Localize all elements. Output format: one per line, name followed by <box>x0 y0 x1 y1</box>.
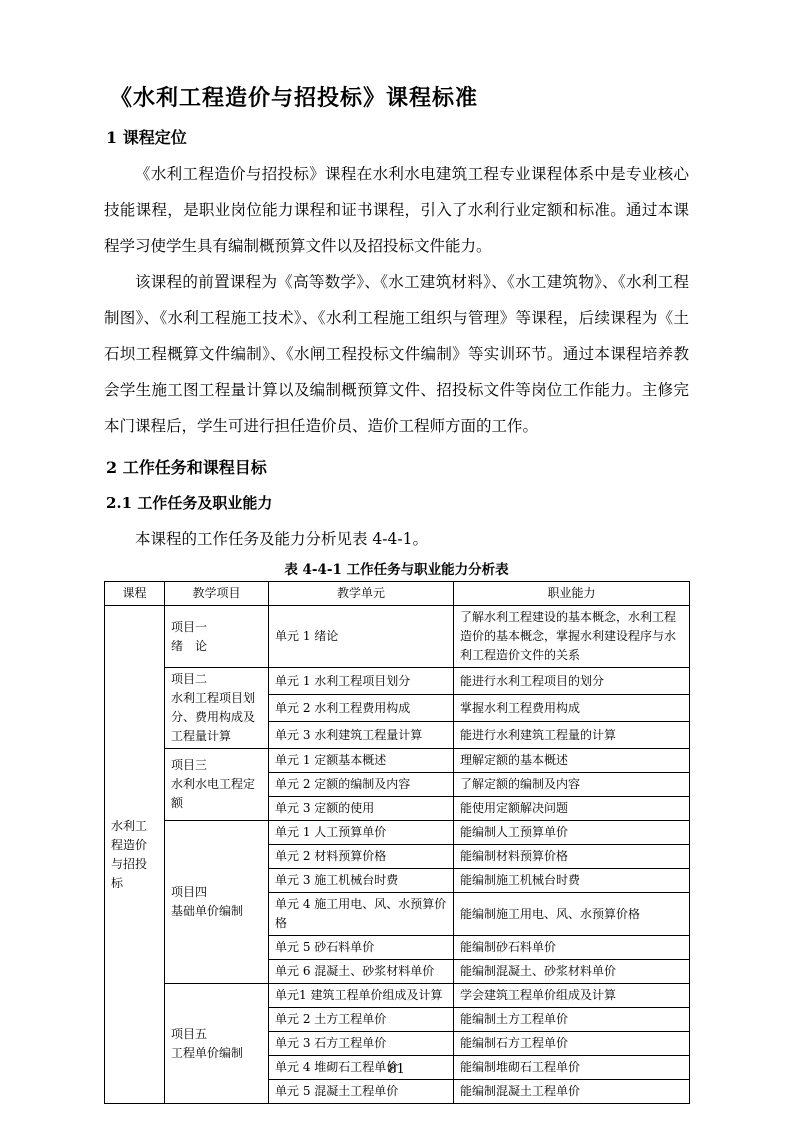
unit-cell: 单元 2 定额的编制及内容 <box>269 773 454 797</box>
ability-cell: 掌握水利工程费用构成 <box>454 695 690 722</box>
ability-cell: 能编制材料预算价格 <box>454 845 690 869</box>
table-row: 项目四基础单价编制单元 1 人工预算单价能编制人工预算单价 <box>105 821 690 845</box>
unit-cell: 单元 2 材料预算价格 <box>269 845 454 869</box>
table-row: 项目三水利水电工程定额单元 1 定额基本概述理解定额的基本概述 <box>105 749 690 773</box>
project-desc: 绪 论 <box>171 637 262 656</box>
unit-cell: 单元 1 人工预算单价 <box>269 821 454 845</box>
ability-cell: 理解定额的基本概述 <box>454 749 690 773</box>
project-cell: 项目四基础单价编制 <box>165 821 269 984</box>
table-row: 项目二水利工程项目划分、费用构成及工程量计算单元 1 水利工程项目划分能进行水利… <box>105 668 690 695</box>
project-cell: 项目三水利水电工程定额 <box>165 749 269 821</box>
project-name: 项目三 <box>171 756 262 775</box>
unit-cell: 单元 5 混凝土工程单价 <box>269 1080 454 1104</box>
ability-cell: 能使用定额解决问题 <box>454 797 690 821</box>
page-number: 81 <box>0 1062 793 1078</box>
unit-cell: 单元 1 绪论 <box>269 606 454 668</box>
unit-cell: 单元 1 定额基本概述 <box>269 749 454 773</box>
heading-tasks-abilities: 2.1 工作任务及职业能力 <box>106 492 689 514</box>
heading-tasks-and-goals: 2 工作任务和课程目标 <box>106 456 689 480</box>
project-desc: 工程单价编制 <box>171 1044 262 1063</box>
table-caption: 表 4-4-1 工作任务与职业能力分析表 <box>104 558 689 578</box>
ability-cell: 能编制施工机械台时费 <box>454 869 690 893</box>
heading-course-positioning: 1 课程定位 <box>106 126 689 150</box>
document-title: 《水利工程造价与招投标》课程标准 <box>110 84 689 112</box>
unit-cell: 单元 6 混凝土、砂浆材料单价 <box>269 960 454 984</box>
ability-cell: 学会建筑工程单价组成及计算 <box>454 984 690 1008</box>
project-name: 项目五 <box>171 1025 262 1044</box>
ability-cell: 了解定额的编制及内容 <box>454 773 690 797</box>
header-course: 课程 <box>105 582 165 606</box>
header-ability: 职业能力 <box>454 582 690 606</box>
unit-cell: 单元 2 土方工程单价 <box>269 1008 454 1032</box>
unit-cell: 单元1 建筑工程单价组成及计算 <box>269 984 454 1008</box>
unit-cell: 单元 1 水利工程项目划分 <box>269 668 454 695</box>
ability-cell: 能编制人工预算单价 <box>454 821 690 845</box>
paragraph-course-sequence: 该课程的前置课程为《高等数学》、《水工建筑材料》、《水工建筑物》、《水利工程制图… <box>104 264 689 444</box>
ability-cell: 能编制石方工程单价 <box>454 1032 690 1056</box>
paragraph-course-intro: 《水利工程造价与招投标》课程在水利水电建筑工程专业课程体系中是专业核心技能课程，… <box>104 156 689 264</box>
header-project: 教学项目 <box>165 582 269 606</box>
project-cell: 项目五工程单价编制 <box>165 984 269 1104</box>
unit-cell: 单元 2 水利工程费用构成 <box>269 695 454 722</box>
course-cell: 水利工程造价与招投标 <box>105 606 165 1104</box>
unit-cell: 单元 3 水利建筑工程量计算 <box>269 722 454 749</box>
table-header-row: 课程 教学项目 教学单元 职业能力 <box>105 582 690 606</box>
project-desc: 基础单价编制 <box>171 902 262 921</box>
unit-cell: 单元 3 定额的使用 <box>269 797 454 821</box>
project-cell: 项目二水利工程项目划分、费用构成及工程量计算 <box>165 668 269 749</box>
paragraph-table-reference: 本课程的工作任务及能力分析见表 4-4-1。 <box>104 522 689 556</box>
ability-cell: 能编制土方工程单价 <box>454 1008 690 1032</box>
ability-cell: 能编制混凝土工程单价 <box>454 1080 690 1104</box>
project-name: 项目一 <box>171 618 262 637</box>
unit-cell: 单元 4 施工用电、风、水预算价格 <box>269 893 454 936</box>
project-name: 项目四 <box>171 883 262 902</box>
ability-cell: 能编制砂石料单价 <box>454 936 690 960</box>
project-desc: 水利水电工程定额 <box>171 775 262 813</box>
ability-cell: 能编制混凝土、砂浆材料单价 <box>454 960 690 984</box>
unit-cell: 单元 3 施工机械台时费 <box>269 869 454 893</box>
ability-cell: 能进行水利建筑工程量的计算 <box>454 722 690 749</box>
project-desc: 水利工程项目划分、费用构成及工程量计算 <box>171 689 262 746</box>
project-cell: 项目一绪 论 <box>165 606 269 668</box>
unit-cell: 单元 5 砂石料单价 <box>269 936 454 960</box>
ability-cell: 能进行水利工程项目的划分 <box>454 668 690 695</box>
ability-cell: 能编制施工用电、风、水预算价格 <box>454 893 690 936</box>
task-ability-table: 课程 教学项目 教学单元 职业能力 水利工程造价与招投标项目一绪 论单元 1 绪… <box>104 581 690 1104</box>
unit-cell: 单元 3 石方工程单价 <box>269 1032 454 1056</box>
table-row: 水利工程造价与招投标项目一绪 论单元 1 绪论了解水利工程建设的基本概念，水利工… <box>105 606 690 668</box>
table-row: 项目五工程单价编制单元1 建筑工程单价组成及计算学会建筑工程单价组成及计算 <box>105 984 690 1008</box>
ability-cell: 了解水利工程建设的基本概念，水利工程造价的基本概念，掌握水利建设程序与水利工程造… <box>454 606 690 668</box>
project-name: 项目二 <box>171 670 262 689</box>
header-unit: 教学单元 <box>269 582 454 606</box>
document-page: 《水利工程造价与招投标》课程标准 1 课程定位 《水利工程造价与招投标》课程在水… <box>0 0 793 1122</box>
